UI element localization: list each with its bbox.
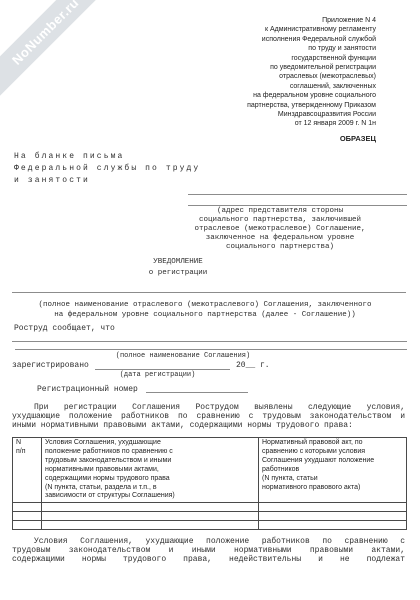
statement-blank-line [12, 341, 407, 342]
table-empty-cell [13, 503, 42, 511]
table-empty-cell [42, 521, 259, 529]
table-empty-row [13, 520, 406, 529]
addressee-blank-line [188, 205, 407, 206]
addressee-blank-line [188, 194, 407, 195]
paragraph-invalid: Условия Соглашения, ухудшающие положение… [12, 537, 405, 564]
paragraph-conditions: При регистрации Соглашения Рострудом выя… [12, 403, 405, 430]
table-header-text: Соглашения ухудшают положение [262, 457, 404, 466]
annex-line: государственной функции [247, 54, 376, 63]
annex-line: к Административному регламенту [247, 25, 376, 34]
table-empty-cell [13, 512, 42, 520]
table-header-text: Условия Соглашения, ухудшающие [45, 439, 256, 448]
letterhead-line: и занятости [14, 175, 200, 187]
table-header-text: п/п [16, 448, 39, 457]
registered-label: зарегистрировано [12, 361, 89, 370]
table-header-text: работников [262, 466, 404, 475]
agreement-caption-line: (полное наименование отраслевого (межотр… [10, 300, 400, 310]
agreement-caption-line: на федеральном уровне социального партне… [10, 310, 400, 320]
watermark-text: NoNumber.ru [9, 0, 82, 67]
annex-line: партнерства, утвержденному Приказом [247, 101, 376, 110]
title-line-1: УВЕДОМЛЕНИЕ [100, 257, 256, 268]
table-header-text: сравнению с которыми условия [262, 448, 404, 457]
table-empty-row [13, 511, 406, 520]
annex-line: на федеральном уровне социального [247, 91, 376, 100]
watermark-banner: NoNumber.ru [0, 0, 120, 106]
table-header-text: содержащими нормы трудового права [45, 475, 256, 484]
paragraph-line: Условия Соглашения, ухудшающие положение… [12, 537, 405, 546]
table-empty-cell [42, 512, 259, 520]
table-empty-cell [259, 503, 406, 511]
registration-number-label: Регистрационный номер [37, 385, 138, 394]
letterhead-line: Федеральной службы по труду [14, 163, 200, 175]
annex-line: исполнения Федеральной службой [247, 35, 376, 44]
annex-line: Минздравсоцразвития России [247, 110, 376, 119]
table-header-text: (N пункта, статьи [262, 475, 404, 484]
annex-line: по труду и занятости [247, 44, 376, 53]
annex-header: Приложение N 4 к Административному регла… [247, 16, 376, 143]
table-header-row: N п/п Условия Соглашения, ухудшающие пол… [13, 438, 406, 502]
table-empty-cell [259, 521, 406, 529]
statement-intro: Роструд сообщает, что [14, 324, 115, 333]
registration-date-caption: (дата регистрации) [110, 371, 205, 380]
agreement-name-blank-line [12, 292, 406, 293]
registered-year-suffix: 20__ г. [236, 361, 270, 370]
registration-date-blank [95, 369, 230, 370]
annex-line: Приложение N 4 [247, 16, 376, 25]
letterhead-note: На бланке письма Федеральной службы по т… [14, 151, 200, 187]
paragraph-line: трудовым законодательством и иными норма… [12, 546, 405, 555]
table-header-text: зависимости от структуры Соглашения) [45, 492, 256, 501]
table-header-text: N [16, 439, 39, 448]
paragraph-line: содержащими нормы трудового права, недей… [12, 555, 405, 564]
sample-stamp: ОБРАЗЕЦ [247, 134, 376, 143]
addressee-caption-line: социального партнерства) [180, 243, 380, 252]
table-header-legal-act-cell: Нормативный правовой акт, по сравнению с… [259, 438, 406, 502]
annex-line: соглашений, заключенных [247, 82, 376, 91]
addressee-caption-line: социального партнерства, заключившей [180, 216, 380, 225]
agreement-short-caption: (полное наименование Соглашения) [83, 352, 283, 361]
addressee-caption-line: заключенное на федеральном уровне [180, 234, 380, 243]
agreement-name-caption: (полное наименование отраслевого (межотр… [10, 300, 400, 320]
annex-line: от 12 января 2009 г. N 1н [247, 119, 376, 128]
table-empty-cell [13, 521, 42, 529]
addressee-caption-line: отраслевое (межотраслевое) Соглашение, [180, 225, 380, 234]
table-empty-cell [42, 503, 259, 511]
paragraph-line: иными нормативными правовыми актами, сод… [12, 421, 405, 430]
table-header-text: нормативными правовыми актами, [45, 466, 256, 475]
annex-line: отраслевых (межотраслевых) [247, 72, 376, 81]
addressee-caption-line: (адрес представителя стороны [180, 207, 380, 216]
table-header-conditions-cell: Условия Соглашения, ухудшающие положение… [42, 438, 259, 502]
addressee-caption: (адрес представителя стороны социального… [180, 207, 380, 252]
table-header-text: трудовым законодательством и иными [45, 457, 256, 466]
conditions-table: N п/п Условия Соглашения, ухудшающие пол… [12, 437, 407, 530]
annex-line: по уведомительной регистрации [247, 63, 376, 72]
paragraph-line: При регистрации Соглашения Рострудом выя… [12, 403, 405, 412]
registration-number-blank [146, 392, 248, 393]
table-header-number-cell: N п/п [13, 438, 42, 502]
document-title: УВЕДОМЛЕНИЕ о регистрации [100, 257, 256, 279]
letterhead-line: На бланке письма [14, 151, 200, 163]
paragraph-line: ухудшающие положение работников по сравн… [12, 412, 405, 421]
statement-blank-line [15, 349, 407, 350]
table-empty-cell [259, 512, 406, 520]
table-header-text: Нормативный правовой акт, по [262, 439, 404, 448]
table-empty-row [13, 502, 406, 511]
title-line-2: о регистрации [100, 268, 256, 279]
table-header-text: положение работников по сравнению с [45, 448, 256, 457]
document-page: NoNumber.ru Приложение N 4 к Администрат… [0, 0, 420, 600]
table-header-text: нормативного правового акта) [262, 484, 404, 493]
table-header-text: (N пункта, статьи, раздела и т.п., в [45, 484, 256, 493]
